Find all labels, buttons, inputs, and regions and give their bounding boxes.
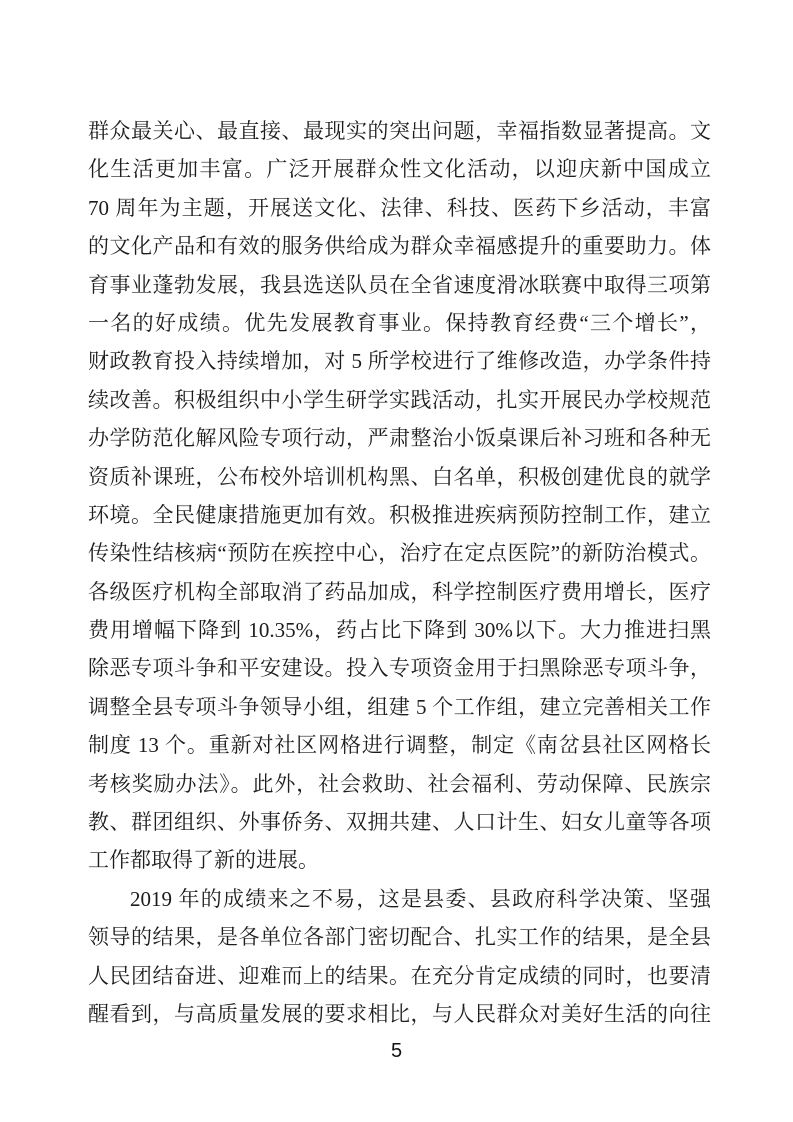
text-line: 醒看到，与高质量发展的要求相比，与人民群众对美好生活的向往 xyxy=(88,995,711,1033)
text-line: 70 周年为主题，开展送文化、法律、科技、医药下乡活动，丰富 xyxy=(88,189,711,227)
text-line: 各级医疗机构全部取消了药品加成，科学控制医疗费用增长，医疗 xyxy=(88,573,711,611)
text-line: 费用增幅下降到 10.35%，药占比下降到 30%以下。大力推进扫黑 xyxy=(88,611,711,649)
text-line: 工作都取得了新的进展。 xyxy=(88,841,711,879)
text-line: 人民团结奋进、迎难而上的结果。在充分肯定成绩的同时，也要清 xyxy=(88,957,711,995)
text-line: 群众最关心、最直接、最现实的突出问题，幸福指数显著提高。文 xyxy=(88,112,711,150)
text-line: 环境。全民健康措施更加有效。积极推进疾病预防控制工作，建立 xyxy=(88,496,711,534)
text-line: 调整全县专项斗争领导小组，组建 5 个工作组，建立完善相关工作 xyxy=(88,688,711,726)
text-line: 2019 年的成绩来之不易，这是县委、县政府科学决策、坚强 xyxy=(88,880,711,918)
text-line: 教、群团组织、外事侨务、双拥共建、人口计生、妇女儿童等各项 xyxy=(88,803,711,841)
text-line: 考核奖励办法》。此外，社会救助、社会福利、劳动保障、民族宗 xyxy=(88,765,711,803)
text-line: 财政教育投入持续增加，对 5 所学校进行了维修改造，办学条件持 xyxy=(88,342,711,380)
text-line: 领导的结果，是各单位各部门密切配合、扎实工作的结果，是全县 xyxy=(88,918,711,956)
text-line: 传染性结核病“预防在疾控中心，治疗在定点医院”的新防治模式。 xyxy=(88,534,711,572)
text-line: 一名的好成绩。优先发展教育事业。保持教育经费“三个增长”， xyxy=(88,304,711,342)
text-line: 制度 13 个。重新对社区网格进行调整，制定《南岔县社区网格长 xyxy=(88,726,711,764)
text-line: 化生活更加丰富。广泛开展群众性文化活动，以迎庆新中国成立 xyxy=(88,150,711,188)
text-line: 育事业蓬勃发展，我县选送队员在全省速度滑冰联赛中取得三项第 xyxy=(88,266,711,304)
document-page: 群众最关心、最直接、最现实的突出问题，幸福指数显著提高。文化生活更加丰富。广泛开… xyxy=(0,0,793,1122)
page-number: 5 xyxy=(391,1040,402,1062)
page-footer: 5 xyxy=(0,1038,793,1064)
text-line: 办学防范化解风险专项行动，严肃整治小饭桌课后补习班和各种无 xyxy=(88,419,711,457)
text-line: 续改善。积极组织中小学生研学实践活动，扎实开展民办学校规范 xyxy=(88,381,711,419)
text-line: 除恶专项斗争和平安建设。投入专项资金用于扫黑除恶专项斗争， xyxy=(88,649,711,687)
text-line: 资质补课班，公布校外培训机构黑、白名单，积极创建优良的就学 xyxy=(88,458,711,496)
body-text-block: 群众最关心、最直接、最现实的突出问题，幸福指数显著提高。文化生活更加丰富。广泛开… xyxy=(88,112,711,1033)
text-line: 的文化产品和有效的服务供给成为群众幸福感提升的重要助力。体 xyxy=(88,227,711,265)
